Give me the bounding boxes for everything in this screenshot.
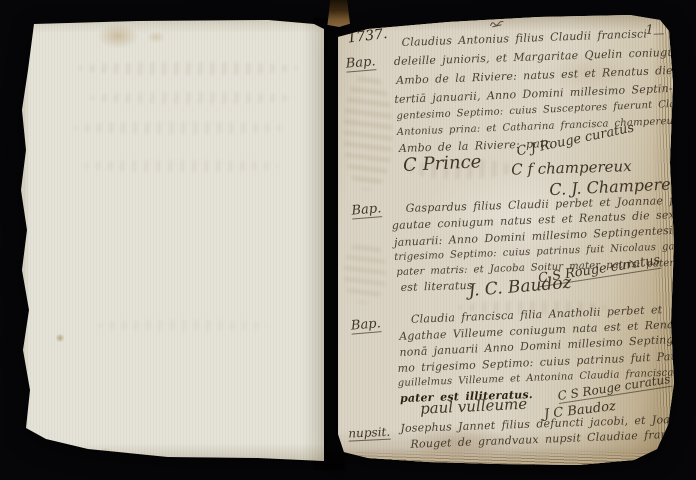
right-page: 1 1737. Bap. Claudius Antonius filius Cl… — [338, 13, 675, 465]
curate-signature: C S Rouge curatus — [537, 254, 661, 287]
book-photo: 1 1737. Bap. Claudius Antonius filius Cl… — [0, 0, 696, 480]
photo-background: { "register": { "year": "1737.", "page_n… — [0, 0, 696, 480]
margin-note-baptism: Bap. — [350, 317, 381, 334]
ink-flourish-mark — [489, 20, 505, 29]
margin-note-baptism: Bap. — [345, 55, 376, 72]
margin-note-marriage: nupsit. — [348, 426, 390, 442]
year-label: 1737. — [347, 27, 388, 46]
witness-signature: paul vulleume — [420, 397, 528, 417]
register-line: deleille junioris, et Margaritae Quelin … — [394, 46, 686, 67]
bleedthrough-text — [73, 122, 288, 134]
register-line: est literatus — [400, 280, 472, 293]
bleedthrough-text — [78, 62, 298, 75]
manuscript-text-layer: 1 1737. Bap. Claudius Antonius filius Cl… — [337, 10, 679, 466]
witness-signature: C Prince — [403, 153, 482, 175]
register-line: Claudius Antonius filius Claudii francis… — [401, 28, 664, 48]
witness-signature: C f champereux — [511, 159, 632, 178]
bleedthrough-text — [98, 320, 268, 331]
right-page-wrap: 1 1737. Bap. Claudius Antonius filius Cl… — [338, 13, 675, 465]
left-page — [18, 20, 324, 461]
margin-note-baptism: Bap. — [351, 202, 382, 219]
bleedthrough-text — [90, 92, 295, 104]
left-page-wrap — [18, 20, 324, 461]
bleedthrough-text — [84, 160, 279, 172]
